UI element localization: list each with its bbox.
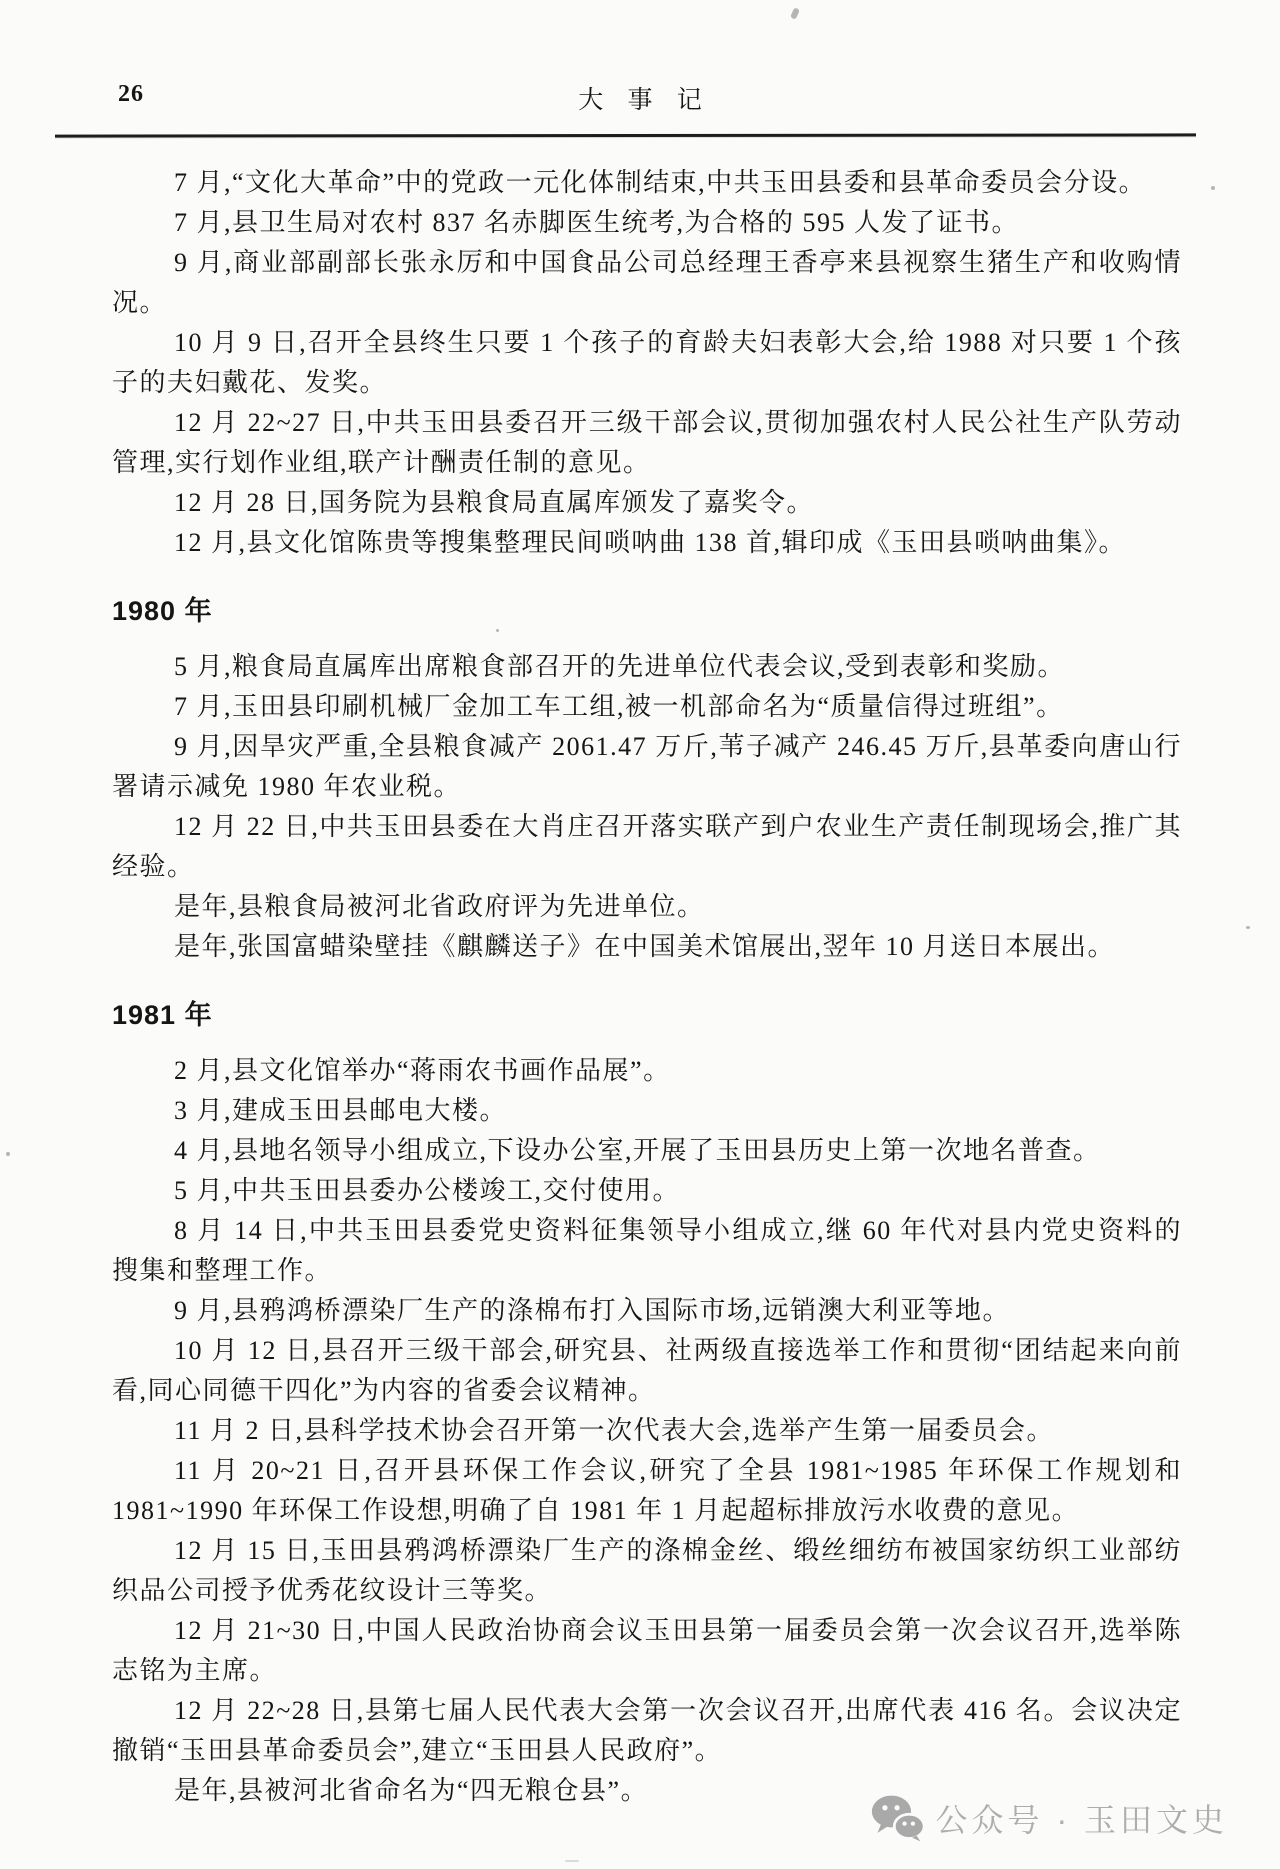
event-paragraph: 8 月 14 日,中共玉田县委党史资料征集领导小组成立,继 60 年代对县内党史…: [112, 1211, 1182, 1291]
event-paragraph: 9 月,县鸦鸿桥漂染厂生产的涤棉布打入国际市场,远销澳大利亚等地。: [112, 1291, 1182, 1331]
scanned-book-page: 26 大 事 记 7 月,“文化大革命”中的党政一元化体制结束,中共玉田县委和县…: [0, 0, 1280, 1869]
event-paragraph: 12 月 28 日,国务院为县粮食局直属库颁发了嘉奖令。: [112, 483, 1182, 523]
scan-speck: [565, 1860, 579, 1862]
event-paragraph: 9 月,商业部副部长张永厉和中国食品公司总经理王香亭来县视察生猪生产和收购情况。: [112, 243, 1182, 323]
event-paragraph: 2 月,县文化馆举办“蒋雨农书画作品展”。: [112, 1051, 1182, 1091]
scan-speck: [6, 1152, 10, 1156]
event-paragraph: 7 月,县卫生局对农村 837 名赤脚医生统考,为合格的 595 人发了证书。: [112, 203, 1182, 243]
event-paragraph: 7 月,“文化大革命”中的党政一元化体制结束,中共玉田县委和县革命委员会分设。: [112, 163, 1182, 203]
event-paragraph: 12 月 21~30 日,中国人民政治协商会议玉田县第一届委员会第一次会议召开,…: [112, 1611, 1182, 1691]
scan-speck: [956, 701, 959, 706]
event-paragraph: 9 月,因旱灾严重,全县粮食减产 2061.47 万斤,苇子减产 246.45 …: [112, 727, 1182, 807]
year-heading-1980: 1980 年: [112, 591, 1182, 631]
event-paragraph: 是年,县粮食局被河北省政府评为先进单位。: [112, 887, 1182, 927]
watermark: 公众号 · 玉田文史: [870, 1793, 1228, 1843]
event-paragraph: 11 月 20~21 日,召开县环保工作会议,研究了全县 1981~1985 年…: [112, 1451, 1182, 1531]
event-paragraph: 3 月,建成玉田县邮电大楼。: [112, 1091, 1182, 1131]
page-title: 大 事 记: [0, 80, 1280, 116]
event-paragraph: 4 月,县地名领导小组成立,下设办公室,开展了玉田县历史上第一次地名普查。: [112, 1131, 1182, 1171]
event-paragraph: 5 月,粮食局直属库出席粮食部召开的先进单位代表会议,受到表彰和奖励。: [112, 647, 1182, 687]
event-paragraph: 10 月 12 日,县召开三级干部会,研究县、社两级直接选举工作和贯彻“团结起来…: [112, 1331, 1182, 1411]
watermark-text: 公众号 · 玉田文史: [936, 1795, 1228, 1841]
scan-speck: [1211, 186, 1215, 190]
event-paragraph: 12 月 22~27 日,中共玉田县委召开三级干部会议,贯彻加强农村人民公社生产…: [112, 403, 1182, 483]
page-number: 26: [118, 81, 144, 108]
scan-speck: [790, 7, 800, 19]
wechat-icon: [870, 1793, 926, 1843]
year-heading-1981: 1981 年: [112, 995, 1182, 1035]
event-paragraph: 12 月 15 日,玉田县鸦鸿桥漂染厂生产的涤棉金丝、缎丝细纺布被国家纺织工业部…: [112, 1531, 1182, 1611]
event-paragraph: 12 月,县文化馆陈贵等搜集整理民间唢呐曲 138 首,辑印成《玉田县唢呐曲集》…: [112, 523, 1182, 563]
event-paragraph: 12 月 22~28 日,县第七届人民代表大会第一次会议召开,出席代表 416 …: [112, 1691, 1182, 1771]
chronicle-content: 7 月,“文化大革命”中的党政一元化体制结束,中共玉田县委和县革命委员会分设。 …: [112, 137, 1182, 1811]
page-header: 26 大 事 记: [0, 80, 1280, 112]
event-paragraph: 10 月 9 日,召开全县终生只要 1 个孩子的育龄夫妇表彰大会,给 1988 …: [112, 323, 1182, 403]
event-paragraph: 11 月 2 日,县科学技术协会召开第一次代表大会,选举产生第一届委员会。: [112, 1411, 1182, 1451]
scan-speck: [496, 629, 499, 632]
event-paragraph: 是年,张国富蜡染壁挂《麒麟送子》在中国美术馆展出,翌年 10 月送日本展出。: [112, 927, 1182, 967]
event-paragraph: 12 月 22 日,中共玉田县委在大肖庄召开落实联产到户农业生产责任制现场会,推…: [112, 807, 1182, 887]
scan-speck: [1246, 926, 1250, 929]
event-paragraph: 7 月,玉田县印刷机械厂金加工车工组,被一机部命名为“质量信得过班组”。: [112, 687, 1182, 727]
event-paragraph: 5 月,中共玉田县委办公楼竣工,交付使用。: [112, 1171, 1182, 1211]
